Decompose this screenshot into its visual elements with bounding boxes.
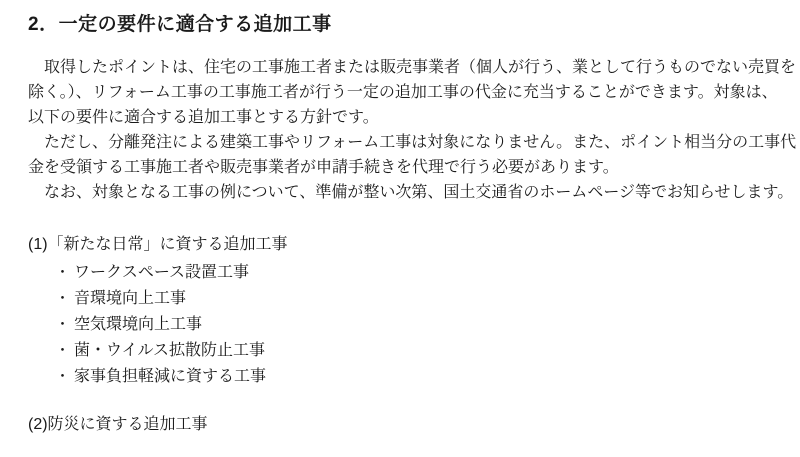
- list-item-air-environment: ・空気環境向上工事: [28, 312, 784, 338]
- section-new-daily-life: (1)「新たな日常」に資する追加工事 ・ワークスペース設置工事 ・音環境向上工事…: [28, 232, 784, 390]
- body-line-1: 取得したポイントは、住宅の工事施工者または販売事業者（個人が行う、業として行うも…: [28, 55, 784, 80]
- bullet-icon: ・: [55, 260, 74, 286]
- body-line-2: 除く。）、リフォーム工事の工事施工者が行う一定の追加工事の代金に充当することがで…: [28, 80, 784, 105]
- bullet-icon: ・: [55, 364, 74, 390]
- bullet-icon: ・: [55, 312, 74, 338]
- list-item-workspace: ・ワークスペース設置工事: [28, 260, 784, 286]
- section-1-list: ・ワークスペース設置工事 ・音環境向上工事 ・空気環境向上工事 ・菌・ウイルス拡…: [28, 260, 784, 390]
- document-page: 2．一定の要件に適合する追加工事 取得したポイントは、住宅の工事施工者または販売…: [0, 0, 800, 457]
- list-item-label: 音環境向上工事: [74, 290, 186, 307]
- section-1-heading: (1)「新たな日常」に資する追加工事: [28, 232, 784, 258]
- list-item-label: 家事負担軽減に資する工事: [74, 368, 266, 385]
- list-item-sound-environment: ・音環境向上工事: [28, 286, 784, 312]
- bullet-icon: ・: [55, 286, 74, 312]
- body-line-5: 金を受領する工事施工者や販売事業者が申請手続きを代理で行う必要があります。: [28, 155, 784, 180]
- list-item-label: 菌・ウイルス拡散防止工事: [74, 342, 265, 359]
- list-item-virus-prevention: ・菌・ウイルス拡散防止工事: [28, 338, 784, 364]
- page-title: 2．一定の要件に適合する追加工事: [28, 12, 784, 38]
- list-item-label: ワークスペース設置工事: [74, 264, 249, 281]
- section-disaster-prevention: (2)防災に資する追加工事: [28, 412, 784, 438]
- bullet-icon: ・: [55, 338, 74, 364]
- list-item-housework-reduction: ・家事負担軽減に資する工事: [28, 364, 784, 390]
- body-line-6: なお、対象となる工事の例について、準備が整い次第、国土交通省のホームページ等でお…: [28, 180, 784, 205]
- body-line-3: 以下の要件に適合する追加工事とする方針です。: [28, 105, 784, 130]
- body-text: 取得したポイントは、住宅の工事施工者または販売事業者（個人が行う、業として行うも…: [28, 55, 784, 205]
- list-item-label: 空気環境向上工事: [74, 316, 202, 333]
- body-line-4: ただし、分離発注による建築工事やリフォーム工事は対象になりません。また、ポイント…: [28, 130, 784, 155]
- section-2-heading: (2)防災に資する追加工事: [28, 412, 784, 438]
